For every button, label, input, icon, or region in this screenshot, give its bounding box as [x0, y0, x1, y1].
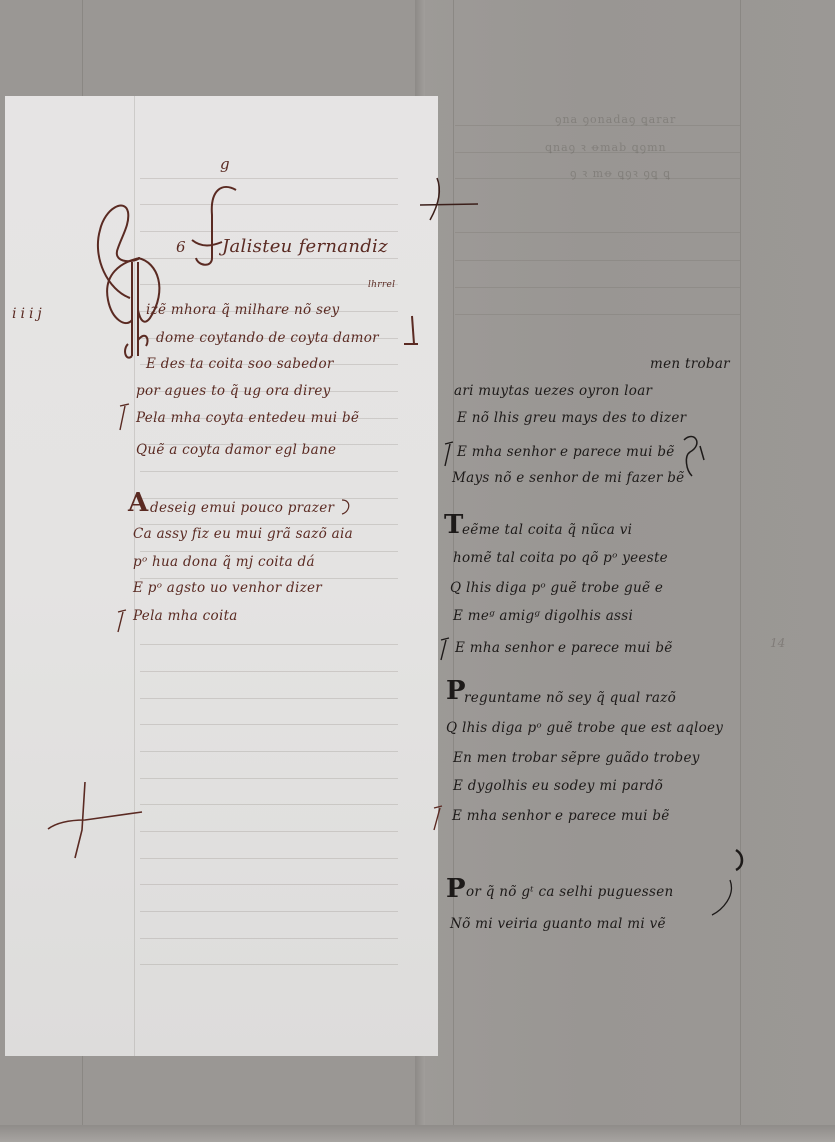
verse-line: E mha senhor e parece mui bẽ	[457, 444, 675, 460]
verse-line: Mays nõ e senhor de mi fazer bẽ	[452, 470, 684, 486]
verse-line: E dygolhis eu sodey mi pardõ	[453, 778, 663, 794]
author-number: 6	[176, 238, 186, 256]
verse-line: reguntame nõ sey q̃ qual razõ	[464, 690, 676, 706]
verse-line: Quẽ a coyta damor egl bane	[136, 442, 336, 458]
verse-line: E pᵒ agsto uo venhor dizer	[133, 580, 322, 596]
verse-line: Q lhis diga pᵒ guẽ trobe que est aqloey	[446, 720, 723, 736]
stanza-initial: P	[446, 876, 466, 902]
verse-line: or q̃ nõ gᵗ ca selhi puguessen	[466, 884, 674, 900]
margin-number: iiij	[12, 306, 46, 322]
stanza-initial: A	[128, 490, 148, 516]
folio-mark: g	[220, 155, 230, 173]
verse-line: ari muytas uezes oyron loar	[454, 383, 652, 399]
verse-line: dome coytando de coyta damor	[156, 330, 379, 346]
verse-line: eẽme tal coita q̃ nũca vi	[462, 522, 632, 538]
stanza-initial: T	[444, 512, 464, 538]
verse-line: Ca assy fiz eu mui grã sazõ aia	[133, 526, 353, 542]
verse-line: pᵒ hua dona q̃ mj coita dá	[133, 554, 315, 570]
verse-line: Pela mha coyta entedeu mui bẽ	[136, 410, 359, 426]
verse-line: E mha senhor e parece mui bẽ	[455, 640, 673, 656]
decorative-strokes	[0, 0, 835, 1142]
verse-line: Pela mha coita	[133, 608, 238, 624]
verse-line: por agues to q̃ ug ora direy	[136, 383, 331, 399]
verse-line: E des ta coita soo sabedor	[146, 356, 334, 372]
verse-line: E meᵍ amigᵍ digolhis assi	[453, 608, 633, 624]
verse-line: homẽ tal coita po qõ pᵒ yeeste	[453, 550, 668, 566]
stanza-initial: P	[446, 678, 466, 704]
verse-line: E mha senhor e parece mui bẽ	[452, 808, 670, 824]
verse-line: izẽ mhora q̃ milhare nõ sey	[146, 302, 339, 318]
verse-line: E nõ lhis greu mays des to dizer	[457, 410, 686, 426]
cross-mark-icon	[48, 782, 142, 858]
verse-line: En men trobar sẽpre guãdo trobey	[453, 750, 700, 766]
cross-mark-icon	[420, 178, 478, 220]
verse-line: deseig emui pouco prazer	[150, 500, 334, 516]
author-heading: Jalisteu fernandiz	[222, 236, 388, 257]
decorated-initial-f-icon	[98, 206, 159, 358]
catchword: men trobar	[650, 356, 730, 372]
marginal-annotation: lhrrel	[368, 280, 395, 290]
verse-line: Q lhis diga pᵒ guẽ trobe guẽ e	[450, 580, 663, 596]
verse-line: Nõ mi veiria guanto mal mi vẽ	[450, 916, 666, 932]
